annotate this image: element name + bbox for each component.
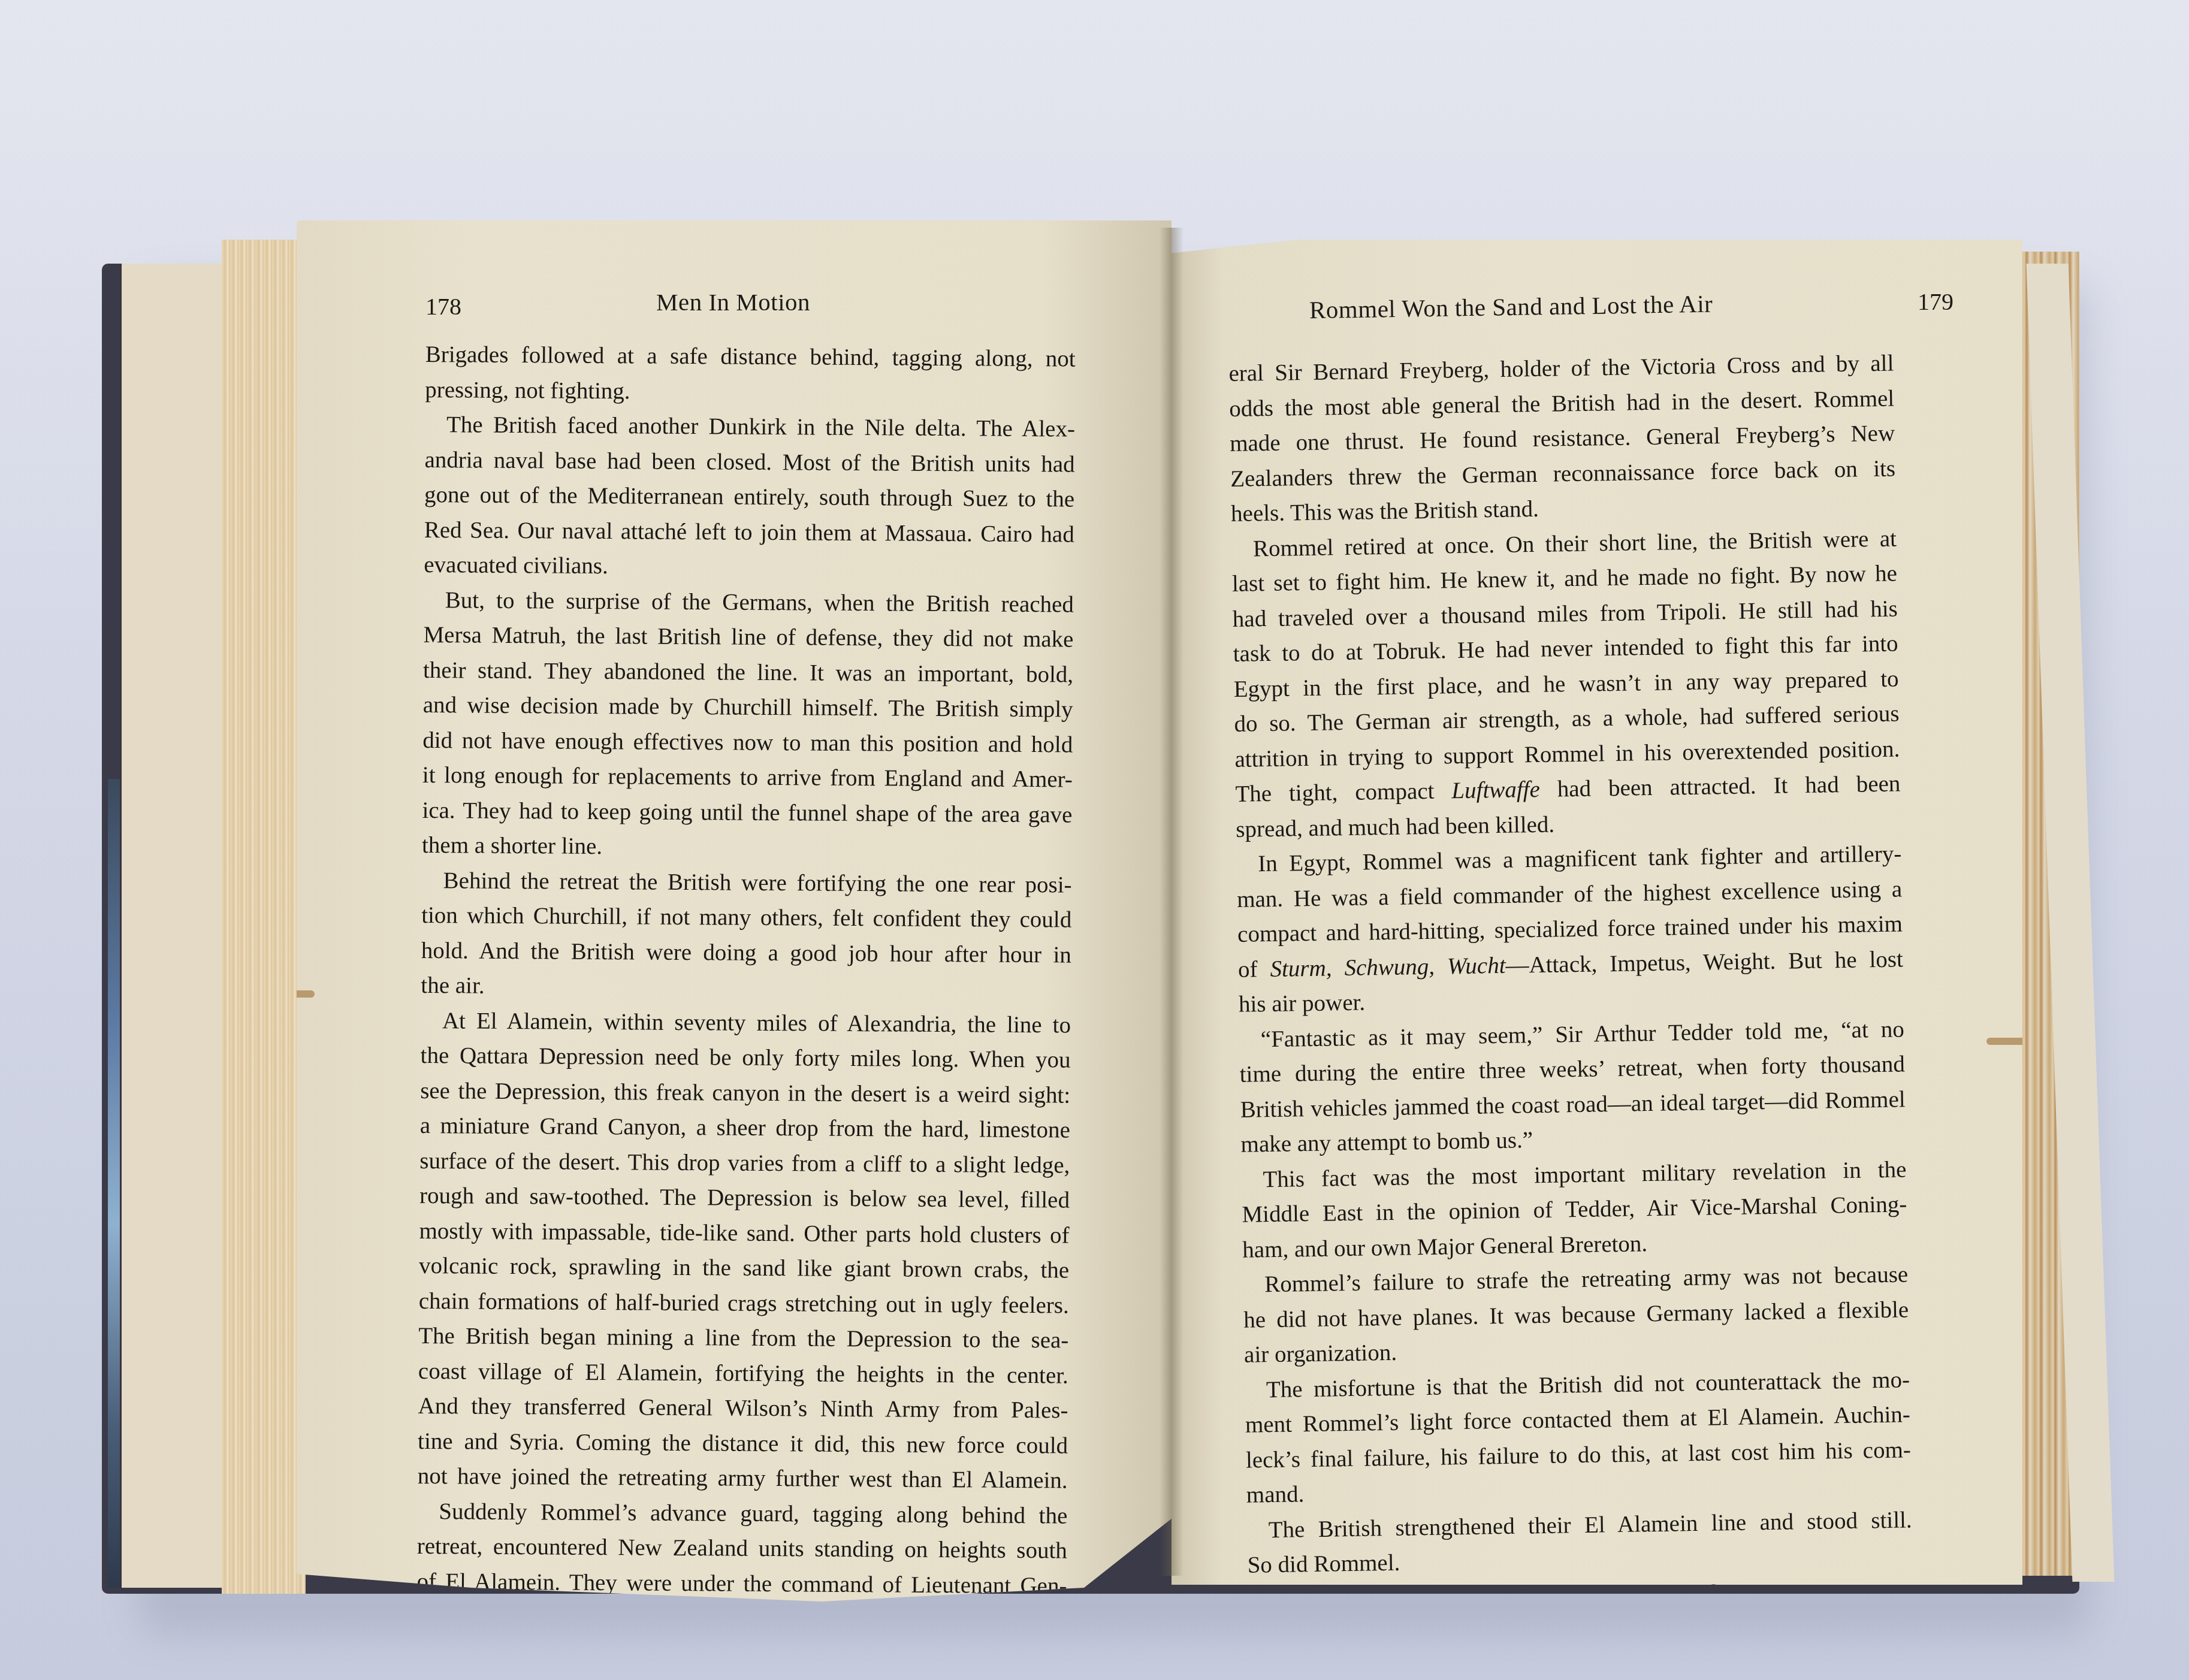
left-running-head: Men In Motion [656,288,810,316]
text-line: rough and saw-toothed. The Depression is… [419,1179,1070,1218]
right-running-head: Rommel Won the Sand and Lost the Air [1309,289,1713,325]
text-line: the Qattara Depression need be only fort… [420,1038,1070,1078]
left-page-body-text: Brigades followed at a safe distance beh… [416,337,1076,1602]
text-line: a miniature Grand Canyon, a sheer drop f… [420,1108,1070,1148]
text-line: volcanic rock, sprawling in the sand lik… [419,1249,1069,1288]
book-gutter [1160,228,1183,1576]
text-line: Brigades followed at a safe distance beh… [425,337,1076,377]
text-line: retreat, encountered New Zealand units s… [417,1529,1067,1569]
left-page-stack-edge [222,240,306,1594]
page-tear-mark [1986,1038,2022,1045]
text-line: it long enough for replacements to arriv… [422,758,1073,797]
text-line: did not have enough effectives now to ma… [422,723,1073,762]
right-page-body-text: eral Sir Bernard Freyberg, holder of the… [1228,346,1913,1585]
text-line: evacuated civilians. [424,548,1074,587]
text-line: The British faced another Dunkirk in the… [425,407,1075,447]
text-line: see the Depression, this freak canyon in… [420,1073,1070,1113]
text-line: hold. And the British were doing a good … [421,933,1071,972]
text-line: Mersa Matruh, the last British line of d… [423,618,1073,657]
text-line: their stand. They abandoned the line. It… [423,652,1073,692]
text-line: ica. They had to keep going until the fu… [422,793,1072,832]
text-line: mostly with impassable, tide-like sand. … [419,1213,1069,1253]
right-page-number: 179 [1918,288,1954,316]
text-line: tine and Syria. Coming the distance it d… [418,1424,1068,1463]
right-page[interactable]: Rommel Won the Sand and Lost the Air 179… [1172,240,2022,1585]
text-line: and wise decision made by Churchill hims… [423,688,1073,727]
left-page-number: 178 [425,292,461,321]
text-line: the air. [421,968,1071,1008]
text-line: coast village of El Alamein, fortifying … [418,1353,1068,1393]
left-page[interactable]: 178 Men In Motion Brigades followed at a… [297,220,1172,1602]
text-line: The British began mining a line from the… [418,1319,1068,1358]
text-line: Red Sea. Our naval attaché left to join … [424,512,1074,552]
text-line: And they transferred General Wilson’s Ni… [418,1389,1068,1428]
text-line: surface of the desert. This drop varies … [419,1143,1070,1183]
text-line: not have joined the retreating army furt… [418,1459,1068,1498]
page-tear-mark [297,990,315,998]
left-endpaper [120,264,224,1588]
text-line: gone out of the Mediterranean entirely, … [424,478,1074,517]
text-line: andria naval base had been closed. Most … [424,442,1074,482]
text-line: chain formations of half-buried crags st… [419,1283,1069,1323]
text-line: pressing, not fighting. [425,372,1075,412]
text-line: Behind the retreat the British were fort… [421,863,1071,902]
text-line: Suddenly Rommel’s advance guard, tagging… [417,1494,1067,1533]
text-line: But, to the surprise of the Germans, whe… [424,582,1074,622]
text-line: At El Alamein, within seventy miles of A… [421,1003,1071,1043]
text-line: them a shorter line. [422,828,1072,868]
text-line: tion which Churchill, if not many others… [421,898,1071,938]
